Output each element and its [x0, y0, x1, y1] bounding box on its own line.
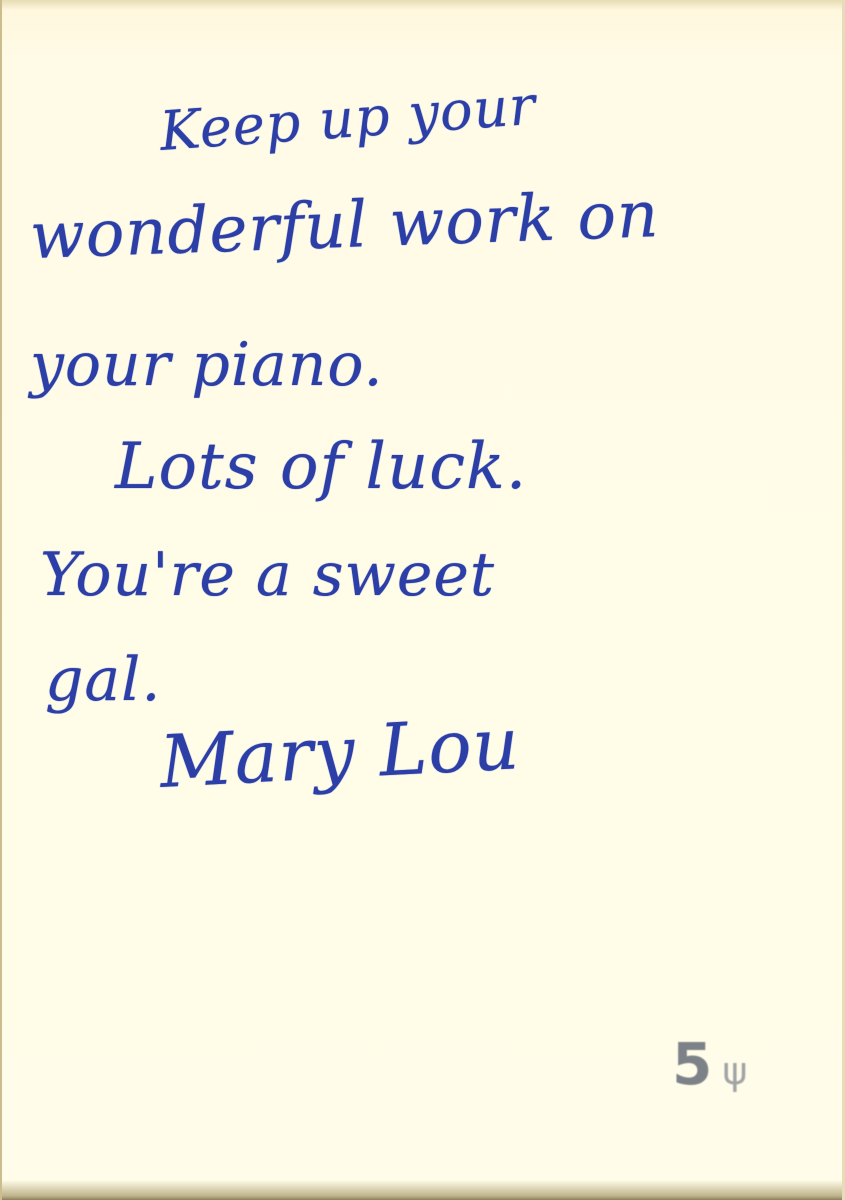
note-line-1: Keep up your [158, 74, 538, 163]
stamped-number: 5ψ [672, 1030, 747, 1098]
note-line-6: gal. [45, 645, 161, 715]
signature: Mary Lou [158, 701, 522, 804]
stamp-number: 5 [672, 1030, 712, 1098]
note-line-3: your piano. [30, 330, 384, 400]
note-line-2: wonderful work on [29, 178, 661, 274]
note-line-4: Lots of luck. [115, 430, 527, 504]
note-card: Keep up your wonderful work on your pian… [0, 0, 845, 1200]
note-line-5: You're a sweet [40, 540, 495, 610]
stamp-mark-icon: ψ [722, 1049, 747, 1093]
